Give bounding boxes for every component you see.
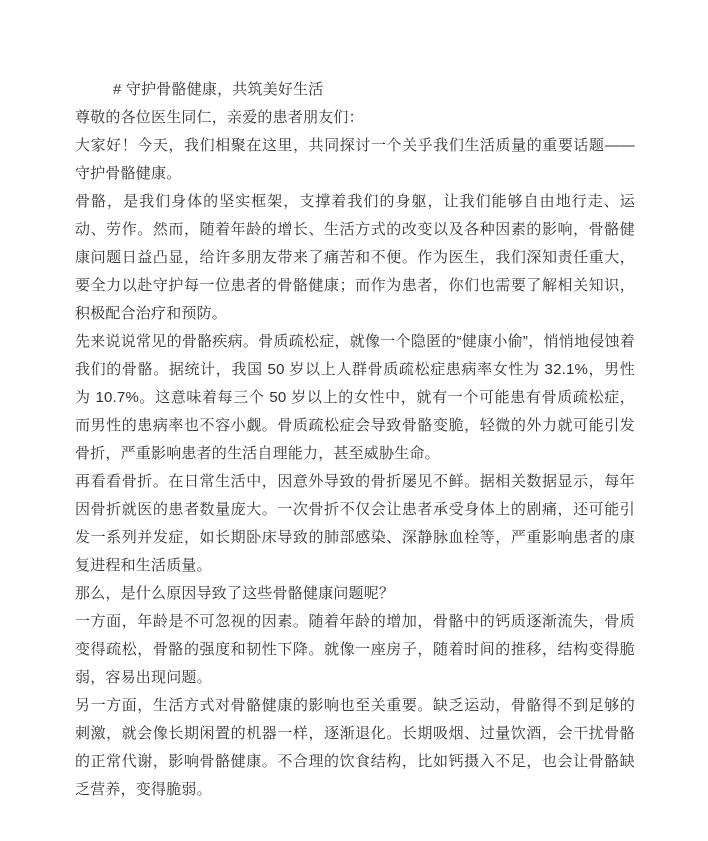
paragraph-question: 那么，是什么原因导致了这些骨骼健康问题呢？ xyxy=(75,580,635,608)
paragraph-lifestyle: 另一方面，生活方式对骨骼健康的影响也至关重要。缺乏运动，骨骼得不到足够的刺激，就… xyxy=(75,692,635,804)
paragraph-osteoporosis: 先来说说常见的骨骼疾病。骨质疏松症，就像一个隐匿的“健康小偷”，悄悄地侵蚀着我们… xyxy=(75,328,635,468)
document-page: # 守护骨骼健康，共筑美好生活 尊敬的各位医生同仁，亲爱的患者朋友们： 大家好！… xyxy=(0,0,708,841)
paragraph-age-factor: 一方面，年龄是不可忽视的因素。随着年龄的增加，骨骼中的钙质逐渐流失，骨质变得疏松… xyxy=(75,608,635,692)
paragraph-bone-intro: 骨骼，是我们身体的坚实框架，支撑着我们的身躯，让我们能够自由地行走、运动、劳作。… xyxy=(75,188,635,328)
heading-line: # 守护骨骼健康，共筑美好生活 xyxy=(75,76,635,104)
paragraph-fracture: 再看看骨折。在日常生活中，因意外导致的骨折屡见不鲜。据相关数据显示，每年因骨折就… xyxy=(75,468,635,580)
document-body: # 守护骨骼健康，共筑美好生活 尊敬的各位医生同仁，亲爱的患者朋友们： 大家好！… xyxy=(75,76,635,804)
paragraph-salutation: 尊敬的各位医生同仁，亲爱的患者朋友们： xyxy=(75,104,635,132)
paragraph-greeting: 大家好！今天，我们相聚在这里，共同探讨一个关乎我们生活质量的重要话题——守护骨骼… xyxy=(75,132,635,188)
